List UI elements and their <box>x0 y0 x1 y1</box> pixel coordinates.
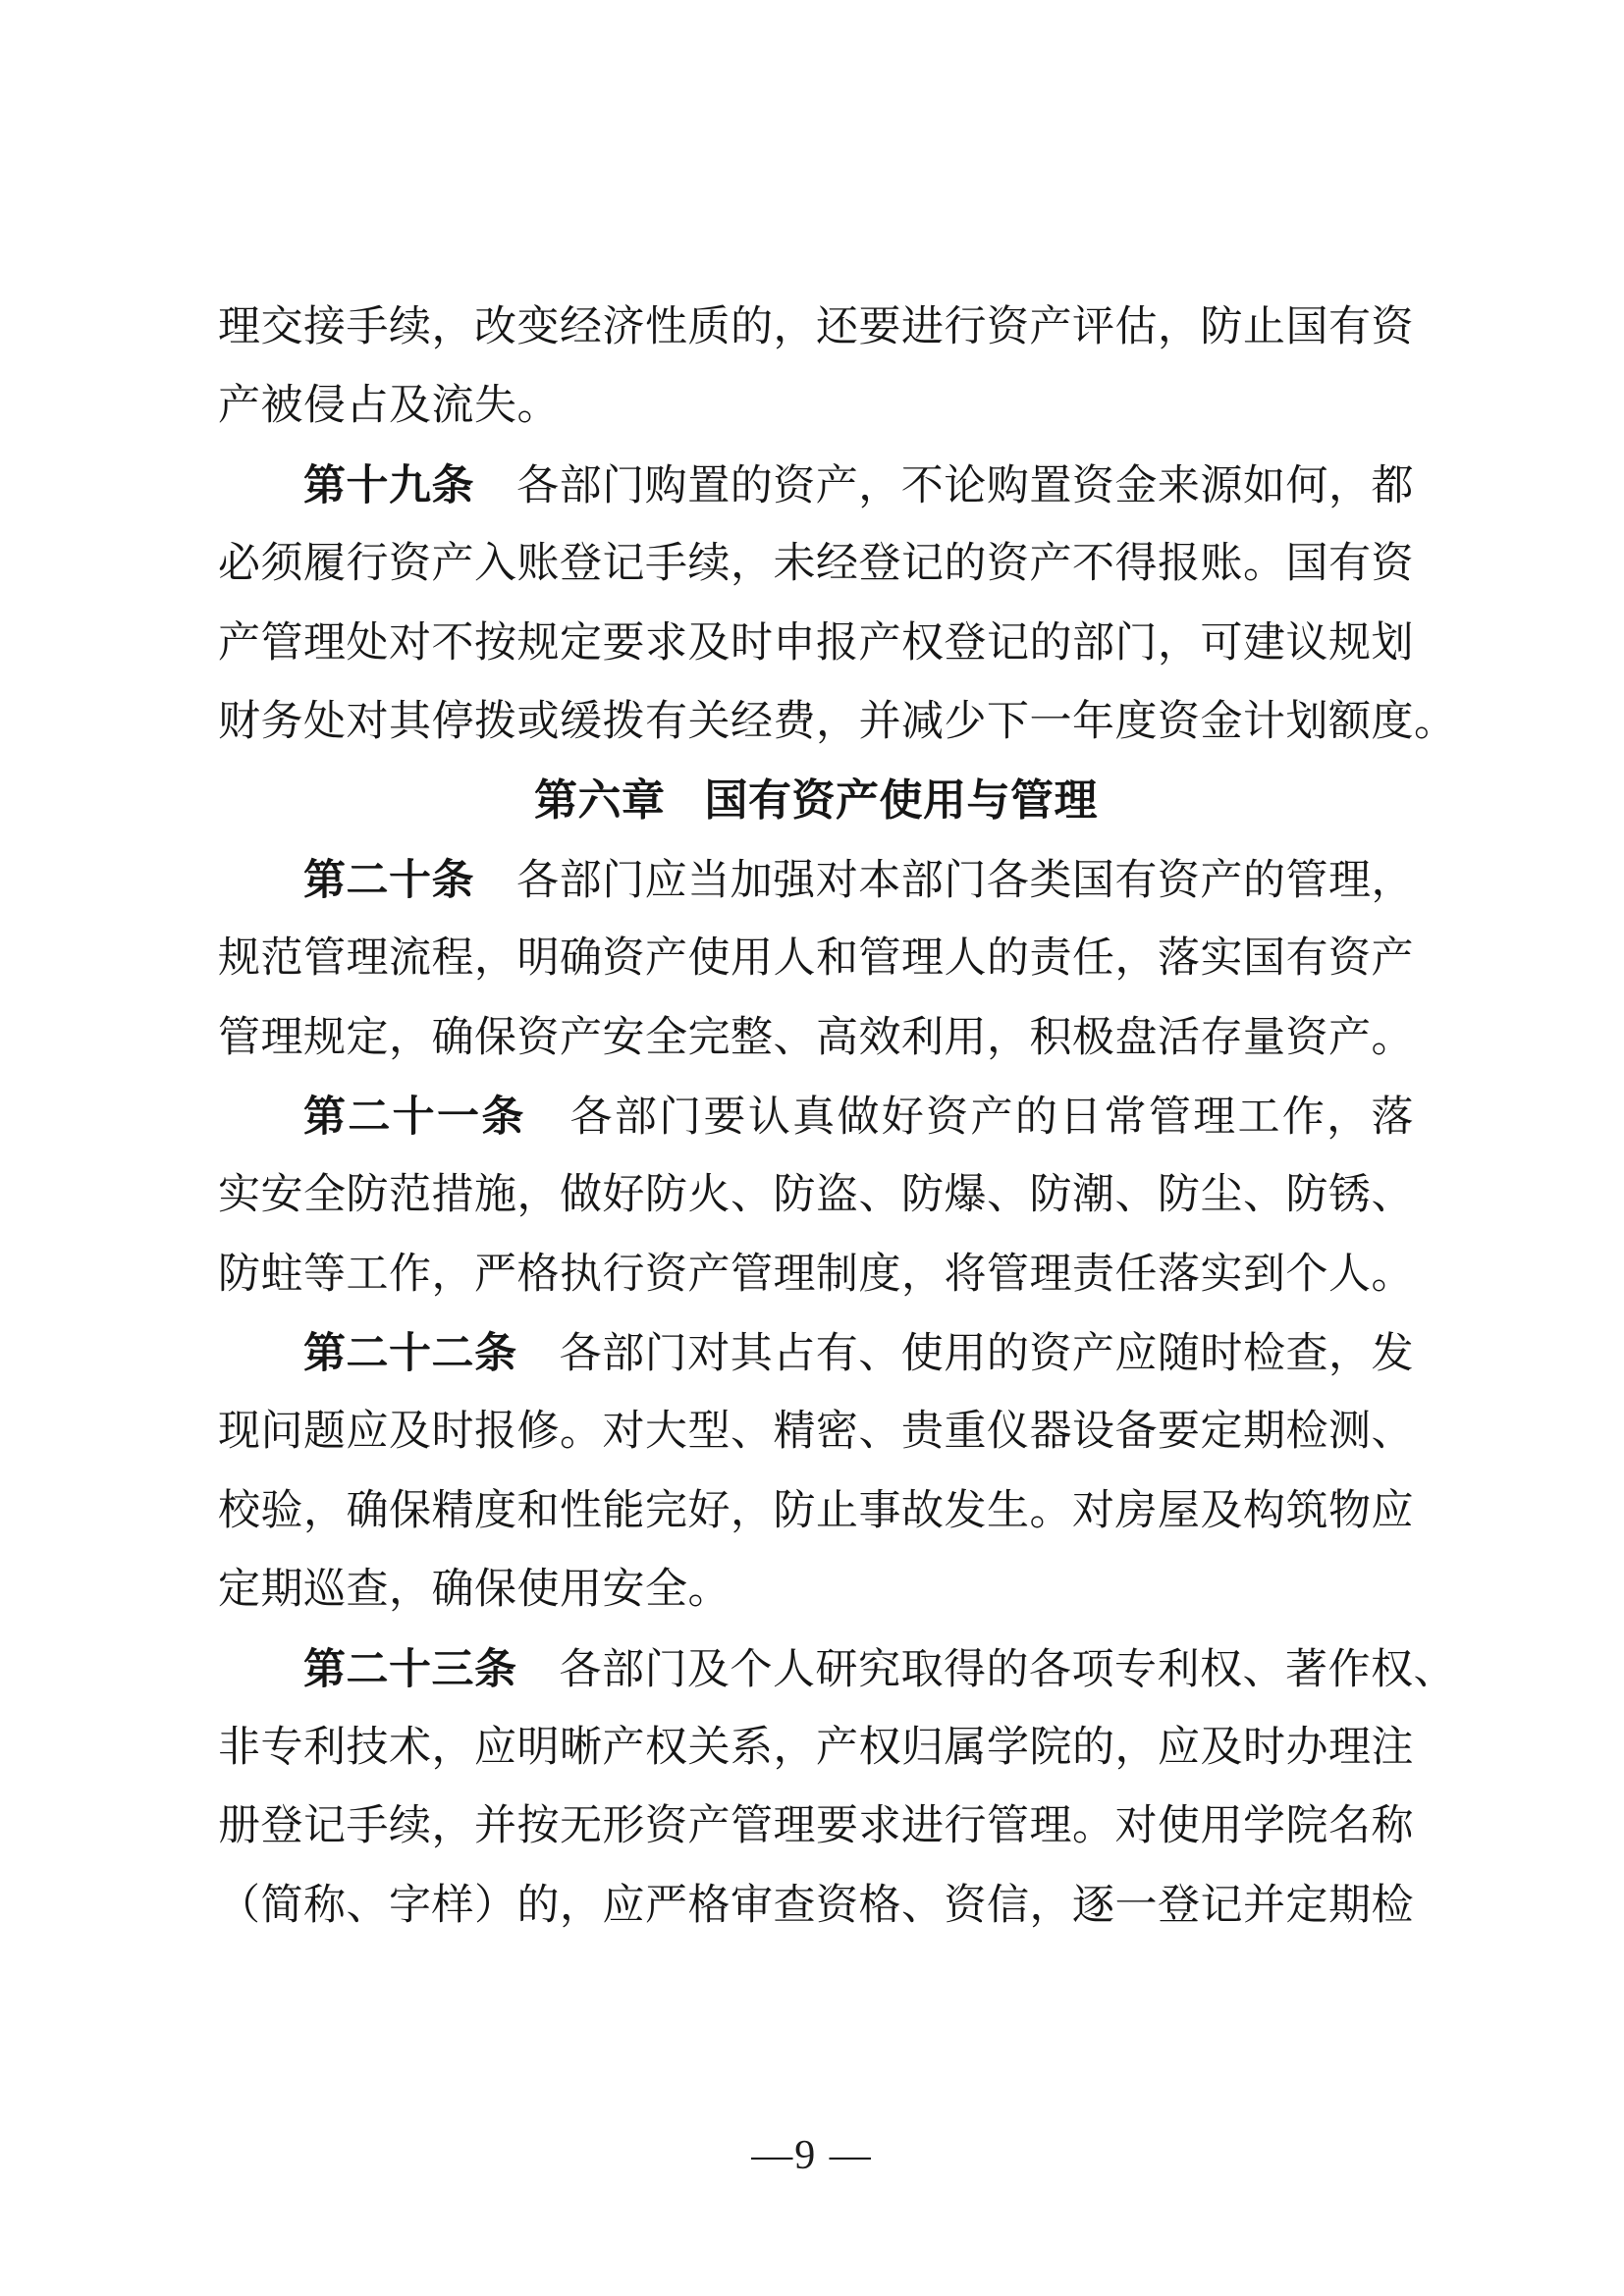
body-line: 必须履行资产入账登记手续，未经登记的资产不得报账。国有资 <box>218 525 1414 604</box>
document-page: 理交接手续，改变经济性质的，还要进行资产评估，防止国有资 产被侵占及流失。 第十… <box>0 0 1624 2296</box>
article-line: 第二十三条各部门及个人研究取得的各项专利权、著作权、 <box>218 1630 1414 1709</box>
article-number: 第二十二条 <box>303 1329 517 1378</box>
body-line: 册登记手续，并按无形资产管理要求进行管理。对使用学院名称 <box>218 1788 1414 1866</box>
body-line: 校验，确保精度和性能完好，防止事故发生。对房屋及构筑物应 <box>218 1472 1414 1551</box>
label-gap <box>526 1130 568 1131</box>
body-line: 非专利技术，应明晰产权关系，产权归属学院的，应及时办理注 <box>218 1709 1414 1788</box>
body-line: 规范管理流程，明确资产使用人和管理人的责任，落实国有资产 <box>218 920 1414 998</box>
body-line: 防蛀等工作，严格执行资产管理制度，将管理责任落实到个人。 <box>218 1236 1414 1314</box>
body-line: （简称、字样）的，应严格审查资格、资信，逐一登记并定期检 <box>218 1867 1414 1946</box>
body-line: 管理规定，确保资产安全完整、高效利用，积极盘活存量资产。 <box>218 999 1414 1078</box>
article-text: 各部门要认真做好资产的日常管理工作，落 <box>568 1095 1414 1141</box>
chapter-number: 第六章 <box>534 775 666 826</box>
body-line: 现问题应及时报修。对大型、精密、贵重仪器设备要定期检测、 <box>218 1393 1414 1471</box>
body-line: 定期巡查，确保使用安全。 <box>218 1551 1414 1629</box>
article-line: 第二十一条各部门要认真做好资产的日常管理工作，落 <box>218 1078 1414 1156</box>
article-number: 第二十条 <box>303 856 474 905</box>
label-gap <box>517 1366 560 1367</box>
article-text: 各部门购置的资产，不论购置资金来源如何，都 <box>516 463 1414 509</box>
article-text: 各部门对其占有、使用的资产应随时检查，发 <box>560 1331 1414 1377</box>
chapter-heading: 第六章国有资产使用与管理 <box>218 762 1414 840</box>
chapter-title: 国有资产使用与管理 <box>705 775 1099 826</box>
body-line: 产管理处对不按规定要求及时申报产权登记的部门，可建议规划 <box>218 605 1414 683</box>
article-number: 第二十三条 <box>303 1645 517 1694</box>
article-text: 各部门应当加强对本部门各类国有资产的管理， <box>516 858 1414 904</box>
body-line: 财务处对其停拨或缓拨有关经费，并减少下一年度资金计划额度。 <box>218 683 1414 762</box>
text-block: 理交接手续，改变经济性质的，还要进行资产评估，防止国有资 产被侵占及流失。 第十… <box>218 289 1414 1946</box>
article-line: 第十九条各部门购置的资产，不论购置资金来源如何，都 <box>218 447 1414 525</box>
page-number: —9 — <box>0 2128 1624 2183</box>
article-number: 第十九条 <box>303 461 474 510</box>
label-gap <box>474 499 516 500</box>
label-gap <box>474 893 516 894</box>
article-number: 第二十一条 <box>303 1093 526 1142</box>
article-line: 第二十条各部门应当加强对本部门各类国有资产的管理， <box>218 841 1414 920</box>
label-gap <box>517 1682 560 1683</box>
body-line: 理交接手续，改变经济性质的，还要进行资产评估，防止国有资 <box>218 289 1414 367</box>
body-line: 实安全防范措施，做好防火、防盗、防爆、防潮、防尘、防锈、 <box>218 1156 1414 1235</box>
article-line: 第二十二条各部门对其占有、使用的资产应随时检查，发 <box>218 1314 1414 1393</box>
body-line: 产被侵占及流失。 <box>218 367 1414 446</box>
article-text: 各部门及个人研究取得的各项专利权、著作权、 <box>560 1647 1457 1693</box>
